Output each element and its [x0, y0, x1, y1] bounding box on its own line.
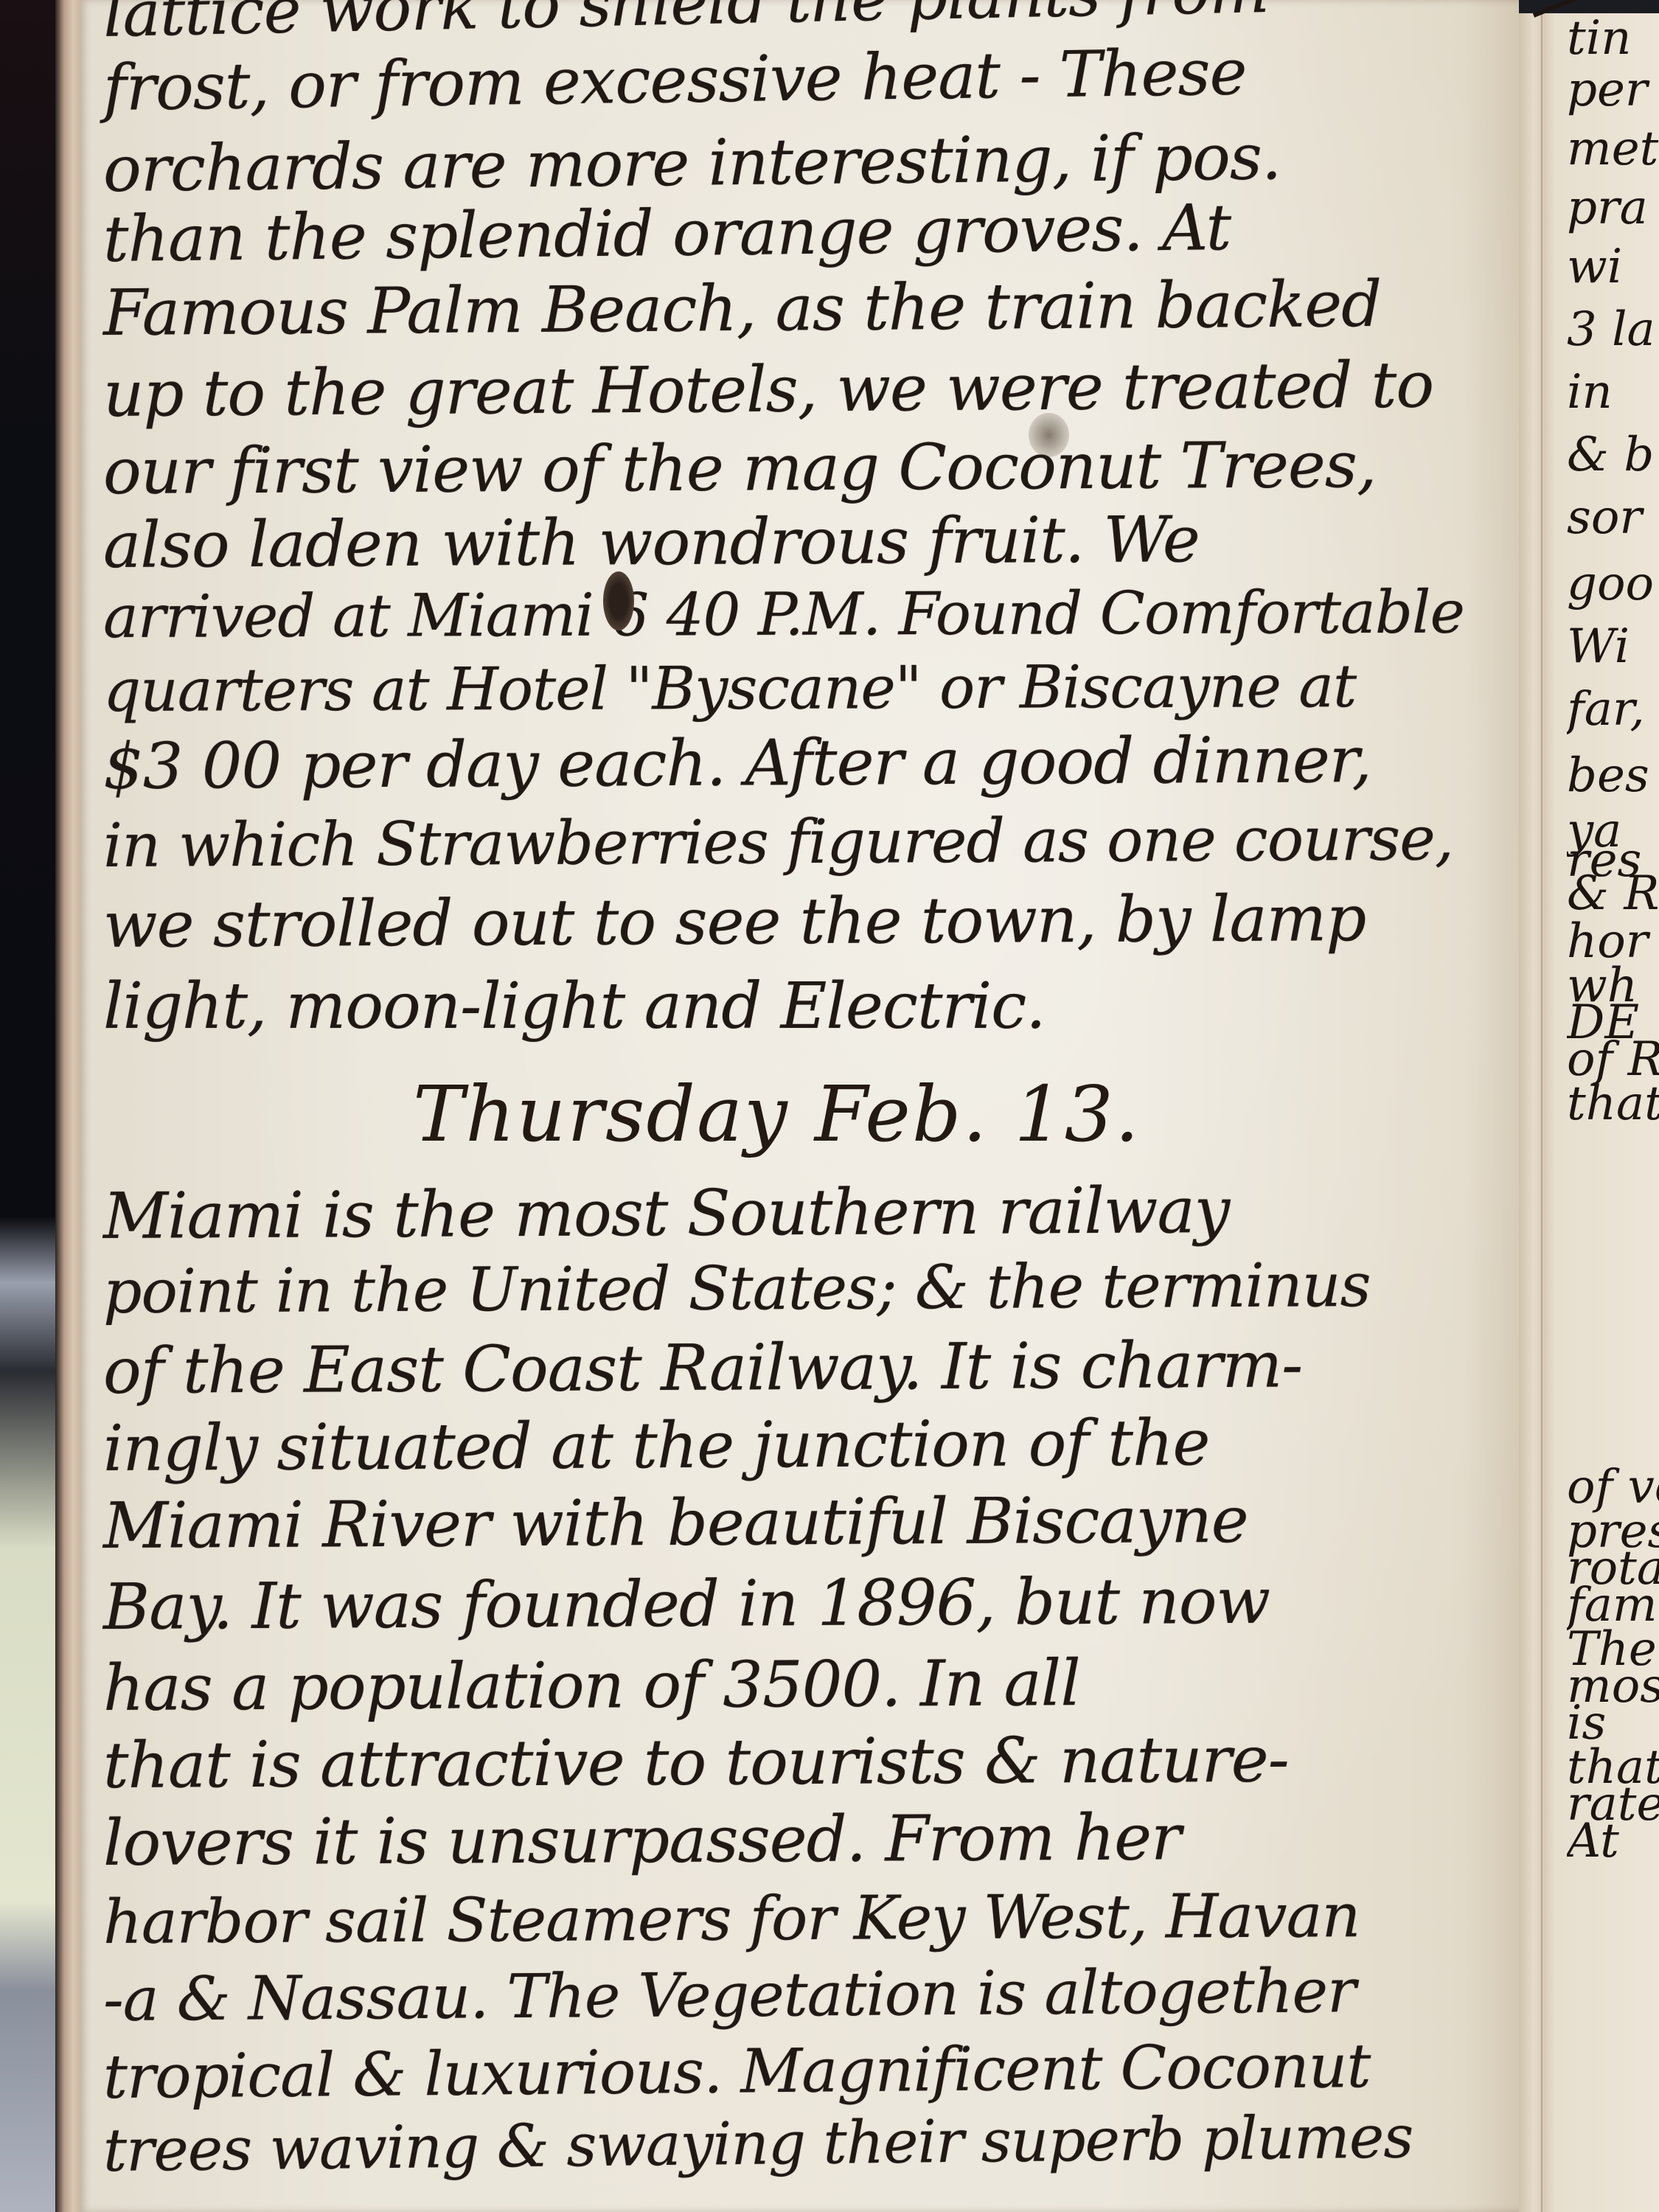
text-line: light, moon-light and Electric.: [103, 970, 1046, 1043]
text-line: point in the United States; & the termin…: [103, 1251, 1371, 1327]
text-line: in which Strawberries figured as one cou…: [103, 804, 1453, 881]
text-fragment: At: [1567, 1814, 1619, 1868]
text-fragment: far,: [1567, 682, 1645, 737]
text-fragment: in: [1567, 365, 1613, 420]
text-line: that is attractive to tourists & nature-: [103, 1723, 1289, 1803]
ink-blot: [603, 571, 634, 630]
text-line: $3 00 per day each. After a good dinner,: [103, 723, 1371, 804]
right-page-text-fragments: tin per met pra wi 3 la in & b sor goo W…: [1567, 0, 1659, 2212]
text-fragment: tin: [1567, 11, 1631, 66]
text-fragment: pra: [1567, 181, 1648, 235]
text-fragment: Wi: [1567, 619, 1630, 674]
text-fragment: met: [1567, 122, 1658, 176]
text-line: trees waving & swaying their superb plum…: [103, 2102, 1413, 2185]
text-line: up to the great Hotels, we were treated …: [103, 348, 1434, 431]
text-line: Miami River with beautiful Biscayne: [103, 1484, 1248, 1563]
text-line: -a & Nassau. The Vegetation is altogethe…: [103, 1956, 1356, 2035]
gutter-fold-line: [1541, 0, 1543, 2212]
text-line: Famous Palm Beach, as the train backed: [103, 268, 1382, 350]
text-line: ingly situated at the junction of the: [103, 1406, 1210, 1486]
text-line: of the East Coast Railway. It is charm-: [103, 1328, 1303, 1408]
text-line: has a population of 3500. In all: [103, 1646, 1080, 1725]
text-line: our first view of the mag Coconut Trees,: [103, 428, 1377, 509]
text-line: Bay. It was founded in 1896, but now: [103, 1565, 1270, 1644]
text-fragment: sor: [1567, 490, 1642, 545]
text-fragment: & R: [1567, 866, 1659, 921]
text-line: than the splendid orange groves. At: [102, 191, 1231, 276]
text-line: arrived at Miami 6 40 P.M. Found Comfort…: [103, 578, 1464, 651]
text-line: also laden with wondrous fruit. We: [103, 503, 1200, 582]
text-fragment: that: [1567, 1077, 1659, 1131]
text-line: lovers it is unsurpassed. From her: [103, 1801, 1181, 1880]
text-line: tropical & luxurious. Magnificent Coconu…: [103, 2031, 1371, 2112]
text-fragment: goo: [1567, 557, 1654, 611]
text-fragment: bes: [1567, 748, 1649, 803]
text-line: quarters at Hotel "Byscane" or Biscayne …: [103, 652, 1356, 725]
text-fragment: per: [1567, 63, 1647, 117]
text-line: harbor sail Steamers for Key West, Havan: [103, 1881, 1360, 1958]
text-line: Miami is the most Southern railway: [103, 1174, 1230, 1253]
book-gutter: [1519, 0, 1556, 2212]
text-fragment: & b: [1567, 428, 1654, 482]
text-fragment: 3 la: [1567, 302, 1655, 357]
text-fragment: wi: [1567, 240, 1622, 294]
entry-date-heading: Thursday Feb. 13.: [413, 1069, 1141, 1159]
text-line: we strolled out to see the town, by lamp: [103, 882, 1366, 962]
